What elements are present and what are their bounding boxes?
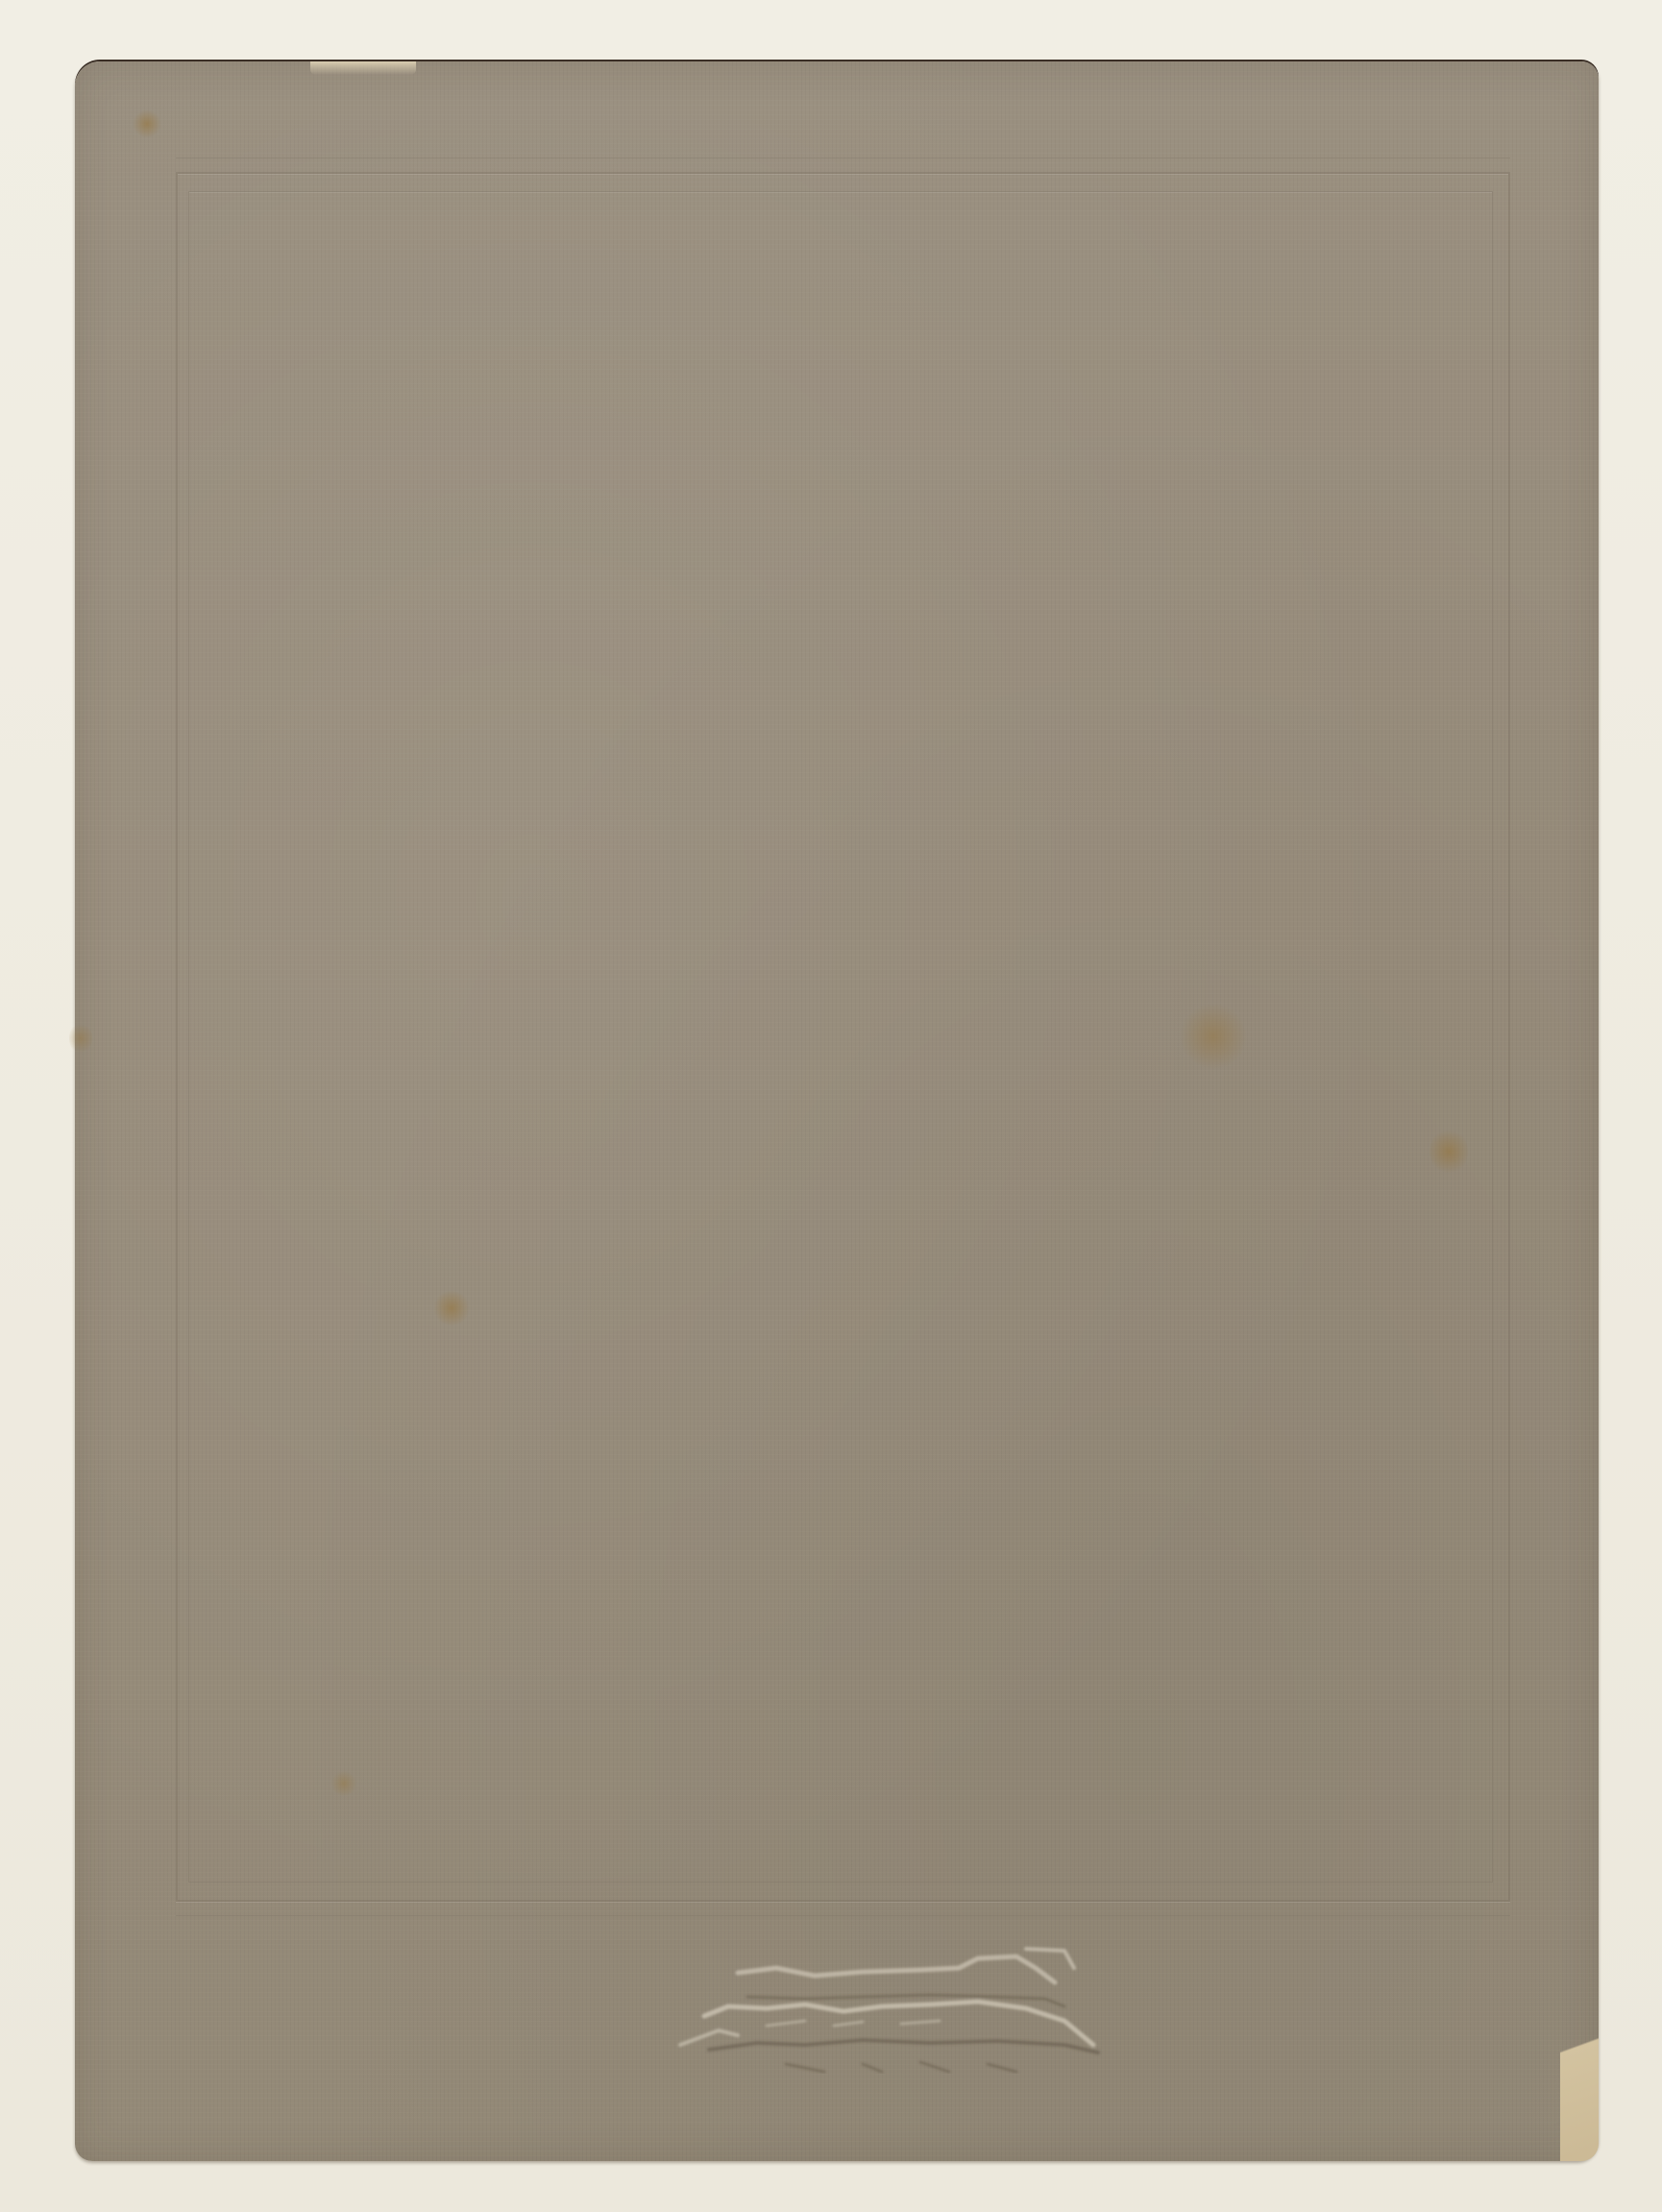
top-edge-chip (310, 61, 416, 75)
cabinet-card-back: Blank gray-brown card stock with an embo… (75, 61, 1599, 2161)
stain-spot (330, 1771, 357, 1796)
embossed-border-inner (188, 191, 1493, 1883)
embossed-bottom-rule (176, 1915, 1510, 1916)
embossed-top-rule (176, 158, 1510, 158)
stain-spot (1180, 1003, 1247, 1070)
stain-spot (69, 1022, 92, 1055)
stain-spot (432, 1291, 471, 1325)
torn-corner (1560, 1969, 1599, 2161)
stain-spot (133, 109, 161, 138)
stain-spot (1430, 1128, 1468, 1176)
embossed-studio-mark-icon (613, 1930, 1151, 2074)
